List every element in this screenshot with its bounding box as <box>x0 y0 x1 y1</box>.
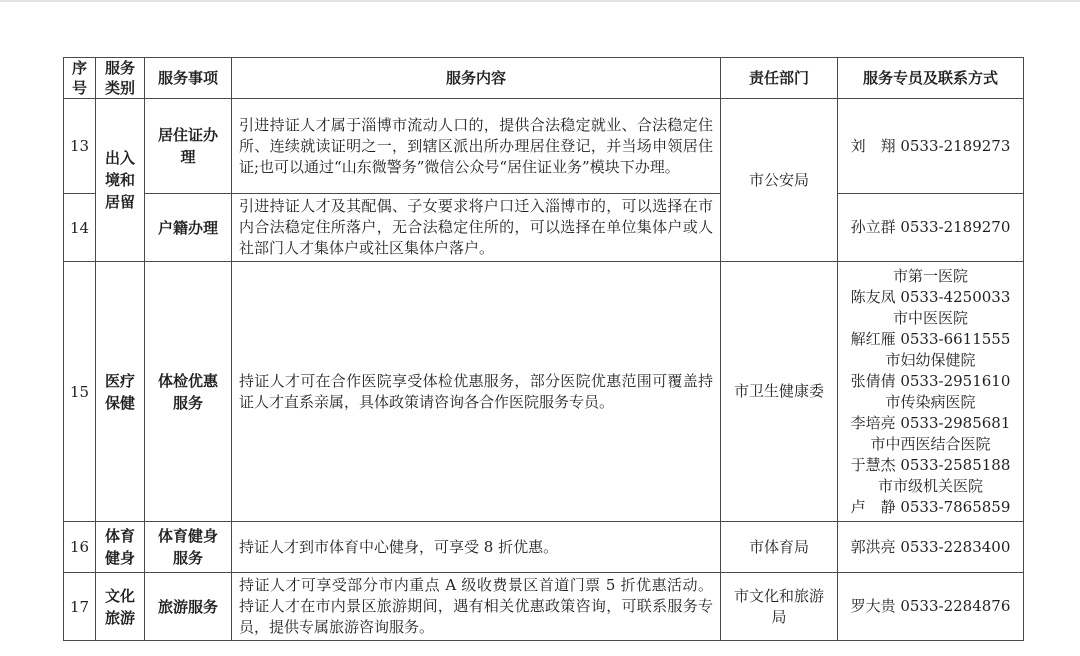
row17-item: 旅游服务 <box>145 573 232 641</box>
row17-content: 持证人才可享受部分市内重点 A 级收费景区首道门票 5 折优惠活动。持证人才在市… <box>232 573 721 641</box>
table-row-15: 15 医疗保健 体检优惠服务 持证人才可在合作医院享受体检优惠服务，部分医院优惠… <box>64 262 1024 522</box>
talent-service-table: 序号 服务类别 服务事项 服务内容 责任部门 服务专员及联系方式 13 出入境和… <box>63 57 1024 641</box>
row13-category: 出入境和居留 <box>96 99 145 262</box>
header-content: 服务内容 <box>232 58 721 99</box>
row15-content: 持证人才可在合作医院享受体检优惠服务，部分医院优惠范围可覆盖持证人才直系亲属，具… <box>232 262 721 522</box>
row15-contact-list: 市第一医院 陈友凤 0533-4250033 市中医医院 解红雁 0533-66… <box>838 262 1024 522</box>
header-contact: 服务专员及联系方式 <box>838 58 1024 99</box>
table-row-16: 16 体育健身 体育健身服务 持证人才到市体育中心健身，可享受 8 折优惠。 市… <box>64 522 1024 573</box>
row15-department: 市卫生健康委 <box>721 262 838 522</box>
row15-category: 医疗保健 <box>96 262 145 522</box>
header-no: 序号 <box>64 58 96 99</box>
row16-category: 体育健身 <box>96 522 145 573</box>
page: 序号 服务类别 服务事项 服务内容 责任部门 服务专员及联系方式 13 出入境和… <box>0 0 1080 656</box>
row16-contact: 郭洪亮 0533-2283400 <box>838 522 1024 573</box>
table-row-13: 13 出入境和居留 居住证办理 引进持证人才属于淄博市流动人口的，提供合法稳定就… <box>64 99 1024 194</box>
row16-department: 市体育局 <box>721 522 838 573</box>
row13-content: 引进持证人才属于淄博市流动人口的，提供合法稳定就业、合法稳定住所、连续就读证明之… <box>232 99 721 194</box>
row13-contact: 刘 翔 0533-2189273 <box>838 99 1024 194</box>
row13-item: 居住证办理 <box>145 99 232 194</box>
table-row-17: 17 文化旅游 旅游服务 持证人才可享受部分市内重点 A 级收费景区首道门票 5… <box>64 573 1024 641</box>
table-row-14: 14 户籍办理 引进持证人才及其配偶、子女要求将户口迁入淄博市的，可以选择在市内… <box>64 194 1024 262</box>
table-header-row: 序号 服务类别 服务事项 服务内容 责任部门 服务专员及联系方式 <box>64 58 1024 99</box>
row14-content: 引进持证人才及其配偶、子女要求将户口迁入淄博市的，可以选择在市内合法稳定住所落户… <box>232 194 721 262</box>
row17-department: 市文化和旅游局 <box>721 573 838 641</box>
row13-number: 13 <box>64 99 96 194</box>
row13-department: 市公安局 <box>721 99 838 262</box>
row14-number: 14 <box>64 194 96 262</box>
header-item: 服务事项 <box>145 58 232 99</box>
row15-number: 15 <box>64 262 96 522</box>
row17-category: 文化旅游 <box>96 573 145 641</box>
row17-contact: 罗大贵 0533-2284876 <box>838 573 1024 641</box>
row16-item: 体育健身服务 <box>145 522 232 573</box>
row16-content: 持证人才到市体育中心健身，可享受 8 折优惠。 <box>232 522 721 573</box>
page-top-edge <box>0 0 1080 2</box>
header-department: 责任部门 <box>721 58 838 99</box>
row14-contact: 孙立群 0533-2189270 <box>838 194 1024 262</box>
row16-number: 16 <box>64 522 96 573</box>
row14-item: 户籍办理 <box>145 194 232 262</box>
header-category: 服务类别 <box>96 58 145 99</box>
row17-number: 17 <box>64 573 96 641</box>
row15-item: 体检优惠服务 <box>145 262 232 522</box>
